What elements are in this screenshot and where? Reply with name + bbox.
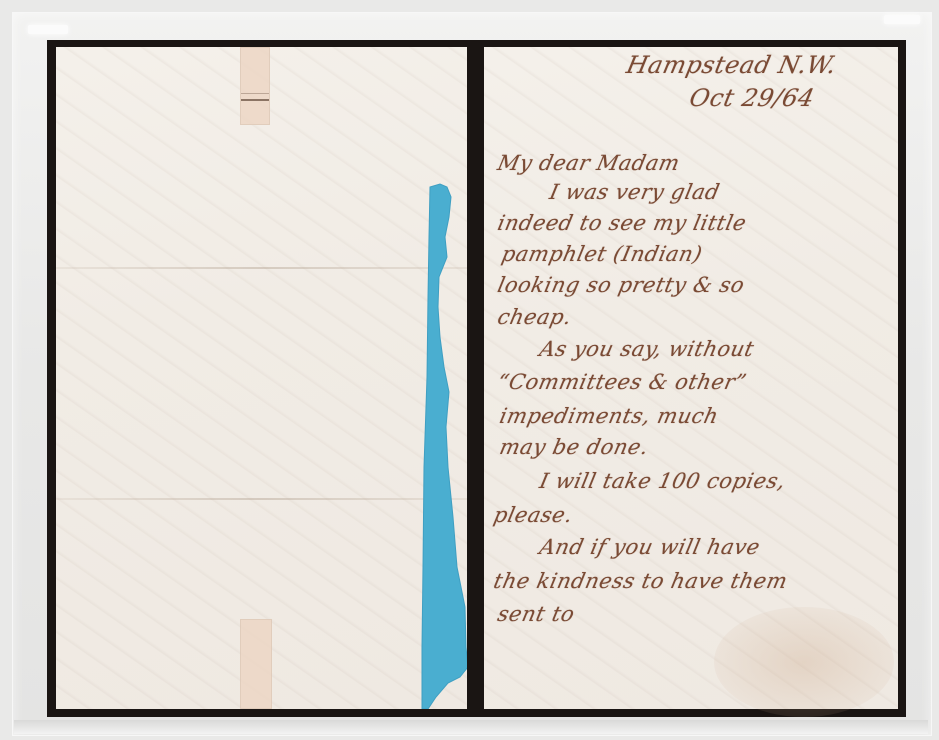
letter-line: the kindness to have them bbox=[491, 569, 789, 593]
letter-line: impediments, much bbox=[497, 404, 720, 428]
letter-date: Oct 29/64 bbox=[687, 84, 817, 112]
foxing-stain bbox=[714, 607, 894, 717]
letter-salutation: My dear Madam bbox=[495, 151, 682, 175]
letter-line: please. bbox=[491, 503, 575, 527]
letter-place: Hampstead N.W. bbox=[624, 51, 839, 79]
letter-line: looking so pretty & so bbox=[495, 273, 746, 297]
letter-line: indeed to see my little bbox=[495, 211, 748, 235]
letter-line: I was very glad bbox=[547, 180, 722, 204]
blue-paper-strip bbox=[56, 47, 467, 709]
letter-line: As you say, without bbox=[537, 337, 756, 361]
letter-line: And if you will have bbox=[537, 535, 762, 559]
frame-glare-right bbox=[884, 15, 920, 24]
letter-line: cheap. bbox=[495, 305, 573, 329]
right-page: Hampstead N.W. Oct 29/64 My dear Madam I… bbox=[484, 47, 898, 709]
letter-line: sent to bbox=[495, 602, 577, 626]
frame-glare-left bbox=[28, 25, 68, 34]
letter-line: may be done. bbox=[497, 435, 650, 459]
letter-line: I will take 100 copies, bbox=[537, 469, 787, 493]
acrylic-bottom-edge bbox=[14, 720, 928, 734]
left-page bbox=[56, 47, 467, 709]
letter-line: pamphlet (Indian) bbox=[499, 242, 704, 266]
letter-line: “Committees & other” bbox=[495, 370, 748, 394]
